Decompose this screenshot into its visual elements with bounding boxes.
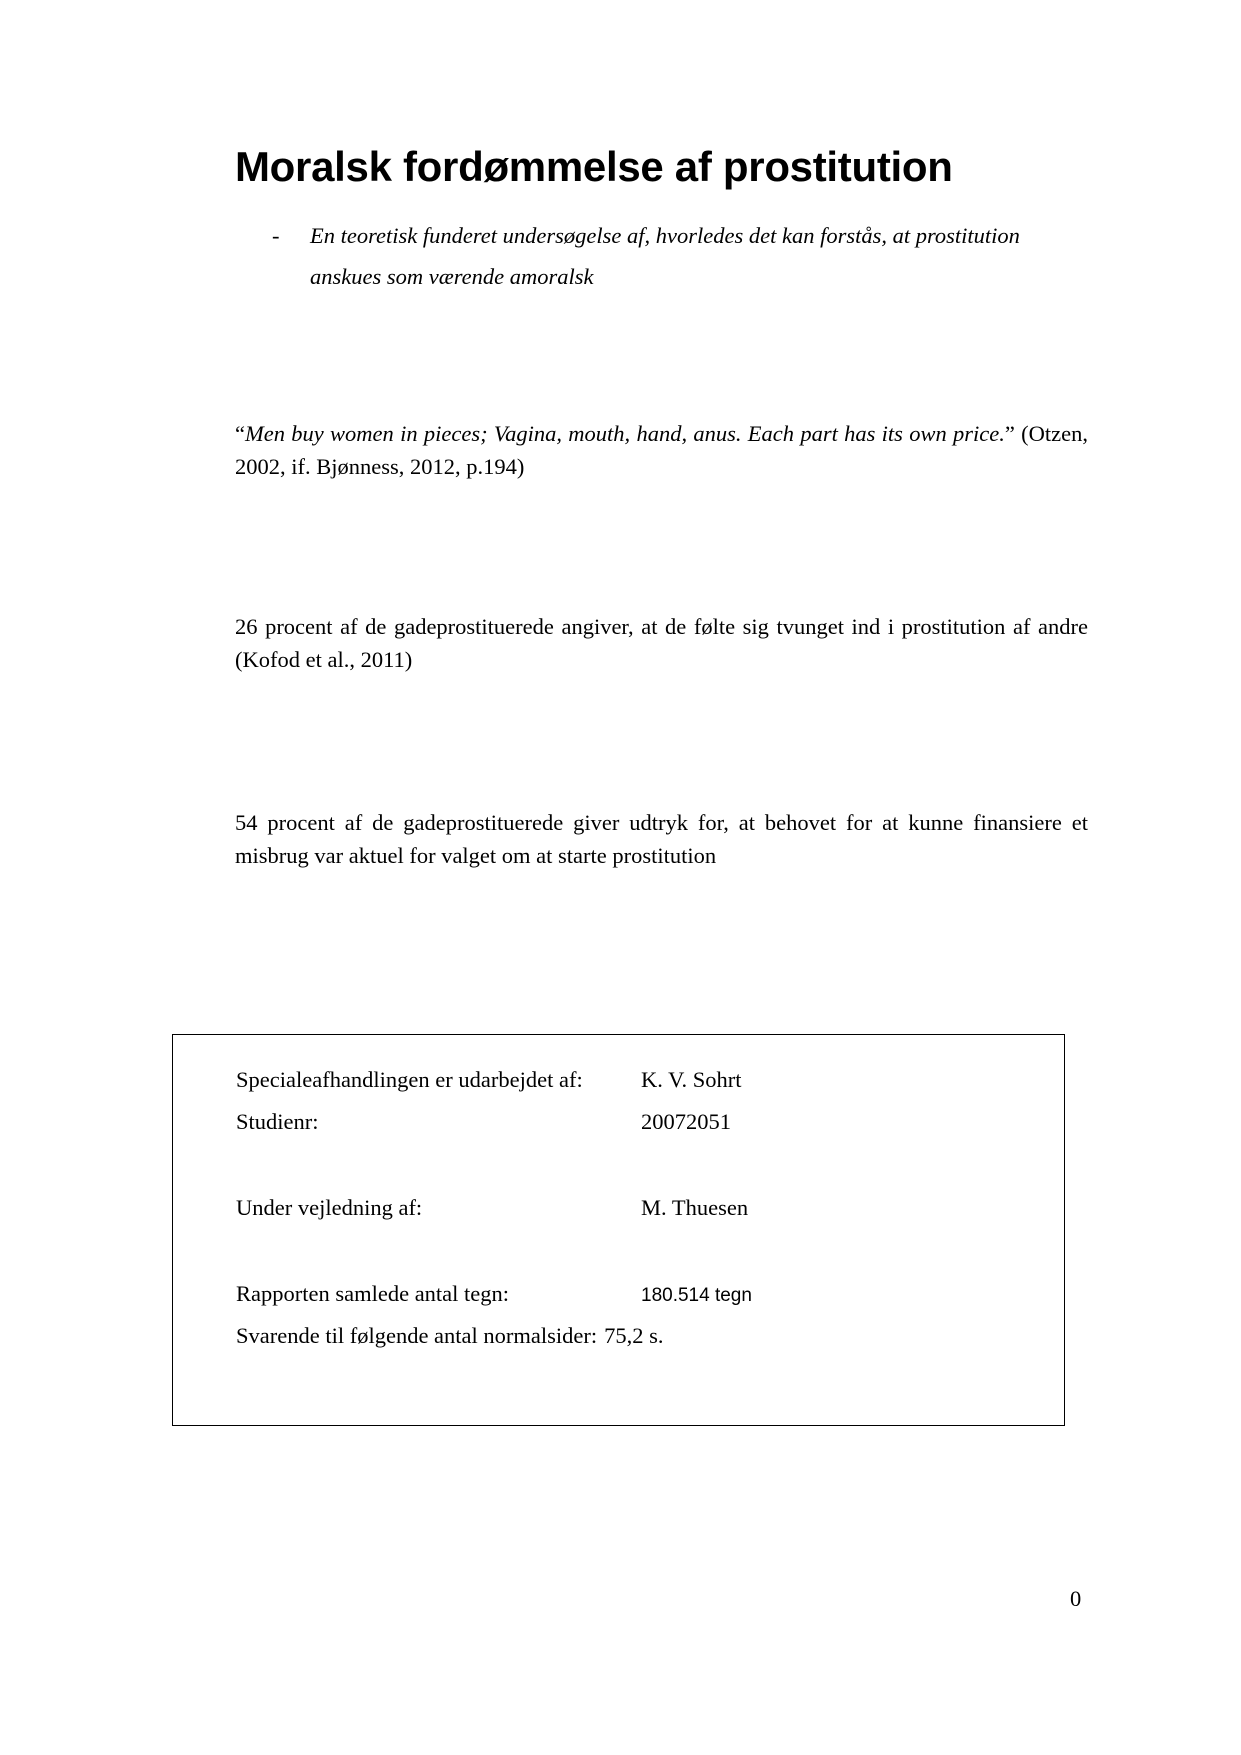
student-number-row: Studienr:20072051 — [236, 1109, 731, 1135]
thesis-info-box: Specialeafhandlingen er udarbejdet af:K.… — [172, 1034, 1065, 1426]
author-row: Specialeafhandlingen er udarbejdet af:K.… — [236, 1067, 741, 1093]
character-count-value: 180.514 tegn — [641, 1285, 752, 1307]
subtitle: - En teoretisk funderet undersøgelse af,… — [235, 215, 1095, 297]
subtitle-bullet: - — [272, 215, 280, 256]
quote-open-mark: “ — [235, 421, 245, 446]
subtitle-text: En teoretisk funderet undersøgelse af, h… — [310, 215, 1095, 297]
statement-addiction: 54 procent af de gadeprostituerede giver… — [235, 806, 1088, 872]
normal-pages-label: Svarende til følgende antal normalsider: — [236, 1323, 597, 1349]
normal-pages-row: Svarende til følgende antal normalsider:… — [236, 1323, 664, 1349]
normal-pages-value: 75,2 s. — [604, 1323, 663, 1349]
supervisor-value: M. Thuesen — [641, 1195, 748, 1221]
page-number: 0 — [1070, 1586, 1081, 1612]
student-number-label: Studienr: — [236, 1109, 641, 1135]
epigraph-quote: “Men buy women in pieces; Vagina, mouth,… — [235, 417, 1088, 483]
quote-text: Men buy women in pieces; Vagina, mouth, … — [245, 421, 1005, 446]
author-label: Specialeafhandlingen er udarbejdet af: — [236, 1067, 641, 1093]
quote-close-mark: ” — [1005, 421, 1015, 446]
character-count-label: Rapporten samlede antal tegn: — [236, 1281, 641, 1307]
supervisor-label: Under vejledning af: — [236, 1195, 641, 1221]
author-value: K. V. Sohrt — [641, 1067, 741, 1093]
character-count-row: Rapporten samlede antal tegn:180.514 teg… — [236, 1281, 752, 1307]
supervisor-row: Under vejledning af:M. Thuesen — [236, 1195, 748, 1221]
student-number-value: 20072051 — [641, 1109, 731, 1135]
document-title: Moralsk fordømmelse af prostitution — [235, 143, 953, 191]
document-page: Moralsk fordømmelse af prostitution - En… — [0, 0, 1241, 1755]
statement-forced: 26 procent af de gadeprostituerede angiv… — [235, 610, 1088, 676]
